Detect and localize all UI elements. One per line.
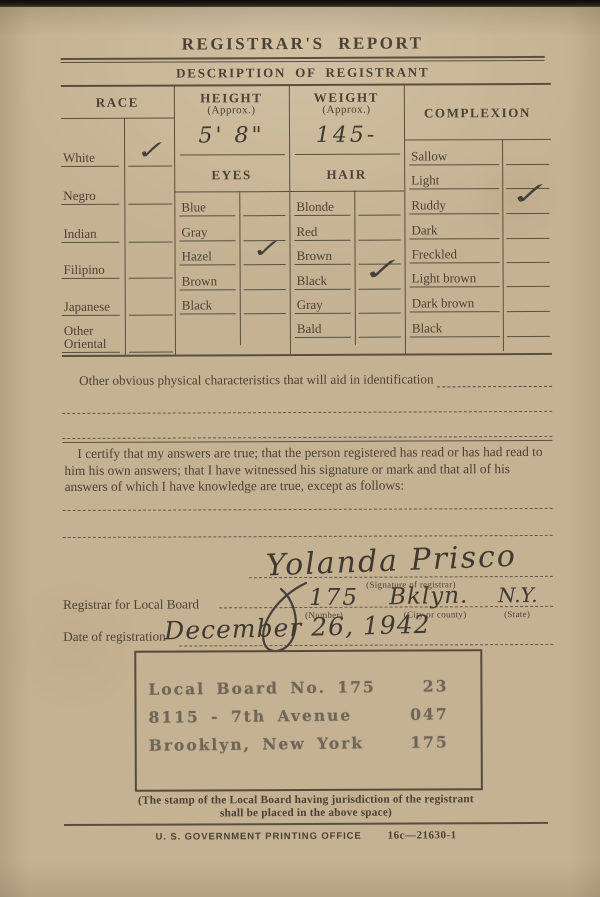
race-option-other-oriental: Other Oriental <box>62 316 120 353</box>
board-city-handwritten: Bklyn. <box>389 583 469 611</box>
height-approx-label: (Approx.) <box>174 104 289 117</box>
hair-option-blonde: Blonde <box>294 191 350 216</box>
stamp-code: 047 <box>410 704 449 723</box>
race-check-other-oriental <box>129 316 173 353</box>
eyes-column-header: EYES <box>174 167 289 184</box>
race-option-japanese: Japanese <box>62 279 120 316</box>
table-bottom-rule <box>62 353 552 357</box>
stamp-code: 23 <box>423 676 449 695</box>
stamp-line: 8115 - 7th Avenue 047 <box>136 704 480 727</box>
hair-option-brown: Brown <box>294 241 350 265</box>
eyes-option-hazel: Hazel <box>179 241 235 265</box>
eyes-check-divider <box>239 191 241 345</box>
checkmark-icon: ✓ <box>509 177 551 210</box>
hair-check-blonde <box>358 191 400 216</box>
local-board-stamp-box: Local Board No. 175 23 8115 - 7th Avenue… <box>134 649 483 792</box>
complexion-option-light: Light <box>409 165 499 189</box>
blank-line <box>63 535 553 538</box>
hair-check-divider <box>354 191 356 345</box>
form-title: REGISTRAR'S REPORT <box>61 33 545 55</box>
complexion-option-sallow: Sallow <box>409 139 499 165</box>
eyes-check-blue <box>243 191 285 216</box>
stamp-caption-line1: (The stamp of the Local Board having jur… <box>64 793 548 807</box>
race-check-japanese <box>129 279 173 316</box>
hair-check-bald <box>359 314 401 338</box>
hair-option-black: Black <box>295 265 351 290</box>
checkmark-icon: ✓ <box>251 236 284 263</box>
section-title: DESCRIPTION OF REGISTRANT <box>61 64 545 82</box>
stamp-line: Local Board No. 175 23 <box>136 676 480 699</box>
footer: U. S. GOVERNMENT PRINTING OFFICE 16c—216… <box>64 829 548 843</box>
divider <box>61 60 545 63</box>
eyes-option-blue: Blue <box>179 191 235 216</box>
stamp-city: Brooklyn, New York <box>149 733 365 754</box>
complexion-check-black <box>507 312 550 337</box>
eyes-option-gray: Gray <box>179 216 235 241</box>
complexion-option-light-brown: Light brown <box>410 263 500 287</box>
board-state-handwritten: N.Y. <box>498 583 538 607</box>
blank-line <box>437 383 553 388</box>
board-number-handwritten: 175 <box>309 585 359 611</box>
complexion-option-freckled: Freckled <box>409 239 499 263</box>
hair-option-red: Red <box>294 216 350 241</box>
stamp-board-name: Local Board No. 175 <box>148 677 375 699</box>
complexion-option-black: Black <box>410 312 500 337</box>
race-option-negro: Negro <box>61 167 119 205</box>
race-check-divider <box>124 118 126 355</box>
stamp-caption-line2: shall be placed in the above space) <box>64 806 548 820</box>
footer-rule <box>64 822 548 826</box>
complexion-check-freckled <box>506 239 549 263</box>
complexion-check-ruddy: ✓ <box>506 189 549 214</box>
complexion-check-dark <box>506 214 549 239</box>
blank-line <box>179 644 553 647</box>
identification-label: Other obvious physical characteristics t… <box>62 371 434 389</box>
complexion-check-light-brown <box>507 263 550 287</box>
eyes-option-brown: Brown <box>180 265 236 290</box>
hair-check-red <box>358 216 400 241</box>
eyes-check-black <box>244 290 286 314</box>
column-divider <box>404 84 407 354</box>
race-column-header: RACE <box>61 95 174 111</box>
complexion-check-divider <box>502 139 504 351</box>
weight-approx-label: (Approx.) <box>289 104 404 117</box>
blank-line <box>62 411 552 414</box>
complexion-option-dark: Dark <box>409 214 499 239</box>
race-check-indian <box>128 205 172 243</box>
stamp-code: 175 <box>410 732 449 751</box>
printing-office-label: U. S. GOVERNMENT PRINTING OFFICE <box>155 831 361 843</box>
race-check-filipino <box>128 243 172 279</box>
eyes-check-brown <box>244 265 286 290</box>
hair-check-gray <box>359 290 401 314</box>
certification-text: I certify that my answers are true; that… <box>64 444 552 496</box>
registrar-board-label: Registrar for Local Board <box>63 596 199 613</box>
column-divider <box>174 85 177 355</box>
section-rule <box>62 440 552 444</box>
race-check-negro <box>128 167 172 205</box>
eyes-option-black: Black <box>180 290 236 314</box>
complexion-check-dark-brown <box>507 287 550 312</box>
registration-date-handwritten: December 26, 1942 <box>164 610 431 646</box>
eyes-check-hazel: ✓ <box>243 241 285 265</box>
column-divider <box>289 84 292 354</box>
race-option-indian: Indian <box>61 205 119 243</box>
height-value-handwritten: 5' 8" <box>184 123 279 148</box>
weight-value-handwritten: 145- <box>299 123 394 148</box>
table-top-rule <box>61 83 551 87</box>
stamp-address: 8115 - 7th Avenue <box>148 705 352 726</box>
complexion-option-ruddy: Ruddy <box>409 189 499 214</box>
weight-value-rule <box>295 154 400 156</box>
race-option-filipino: Filipino <box>61 243 119 279</box>
registrar-report-page: REGISTRAR'S REPORT DESCRIPTION OF REGIST… <box>0 0 600 897</box>
hair-column-header: HAIR <box>289 167 404 184</box>
registration-date-label: Date of registration <box>63 629 166 645</box>
identification-line: Other obvious physical characteristics t… <box>62 371 552 389</box>
blank-line <box>63 508 553 511</box>
hair-option-bald: Bald <box>295 314 351 338</box>
race-option-white: White <box>61 118 119 167</box>
complexion-option-dark-brown: Dark brown <box>410 287 500 312</box>
checkmark-icon: ✓ <box>362 253 404 286</box>
form-number: 16c—21630-1 <box>388 829 457 841</box>
height-value-rule <box>180 154 285 156</box>
state-caption: (State) <box>487 609 547 619</box>
checkmark-icon: ✓ <box>135 138 168 165</box>
race-check-white: ✓ <box>128 118 172 167</box>
form-content: REGISTRAR'S REPORT DESCRIPTION OF REGIST… <box>0 0 600 897</box>
complexion-check-sallow <box>506 139 549 165</box>
hair-check-black: ✓ <box>359 265 401 290</box>
blank-line <box>62 436 552 439</box>
complexion-column-header: COMPLEXION <box>404 105 551 122</box>
hair-option-gray: Gray <box>295 290 351 314</box>
stamp-line: Brooklyn, New York 175 <box>137 732 481 755</box>
